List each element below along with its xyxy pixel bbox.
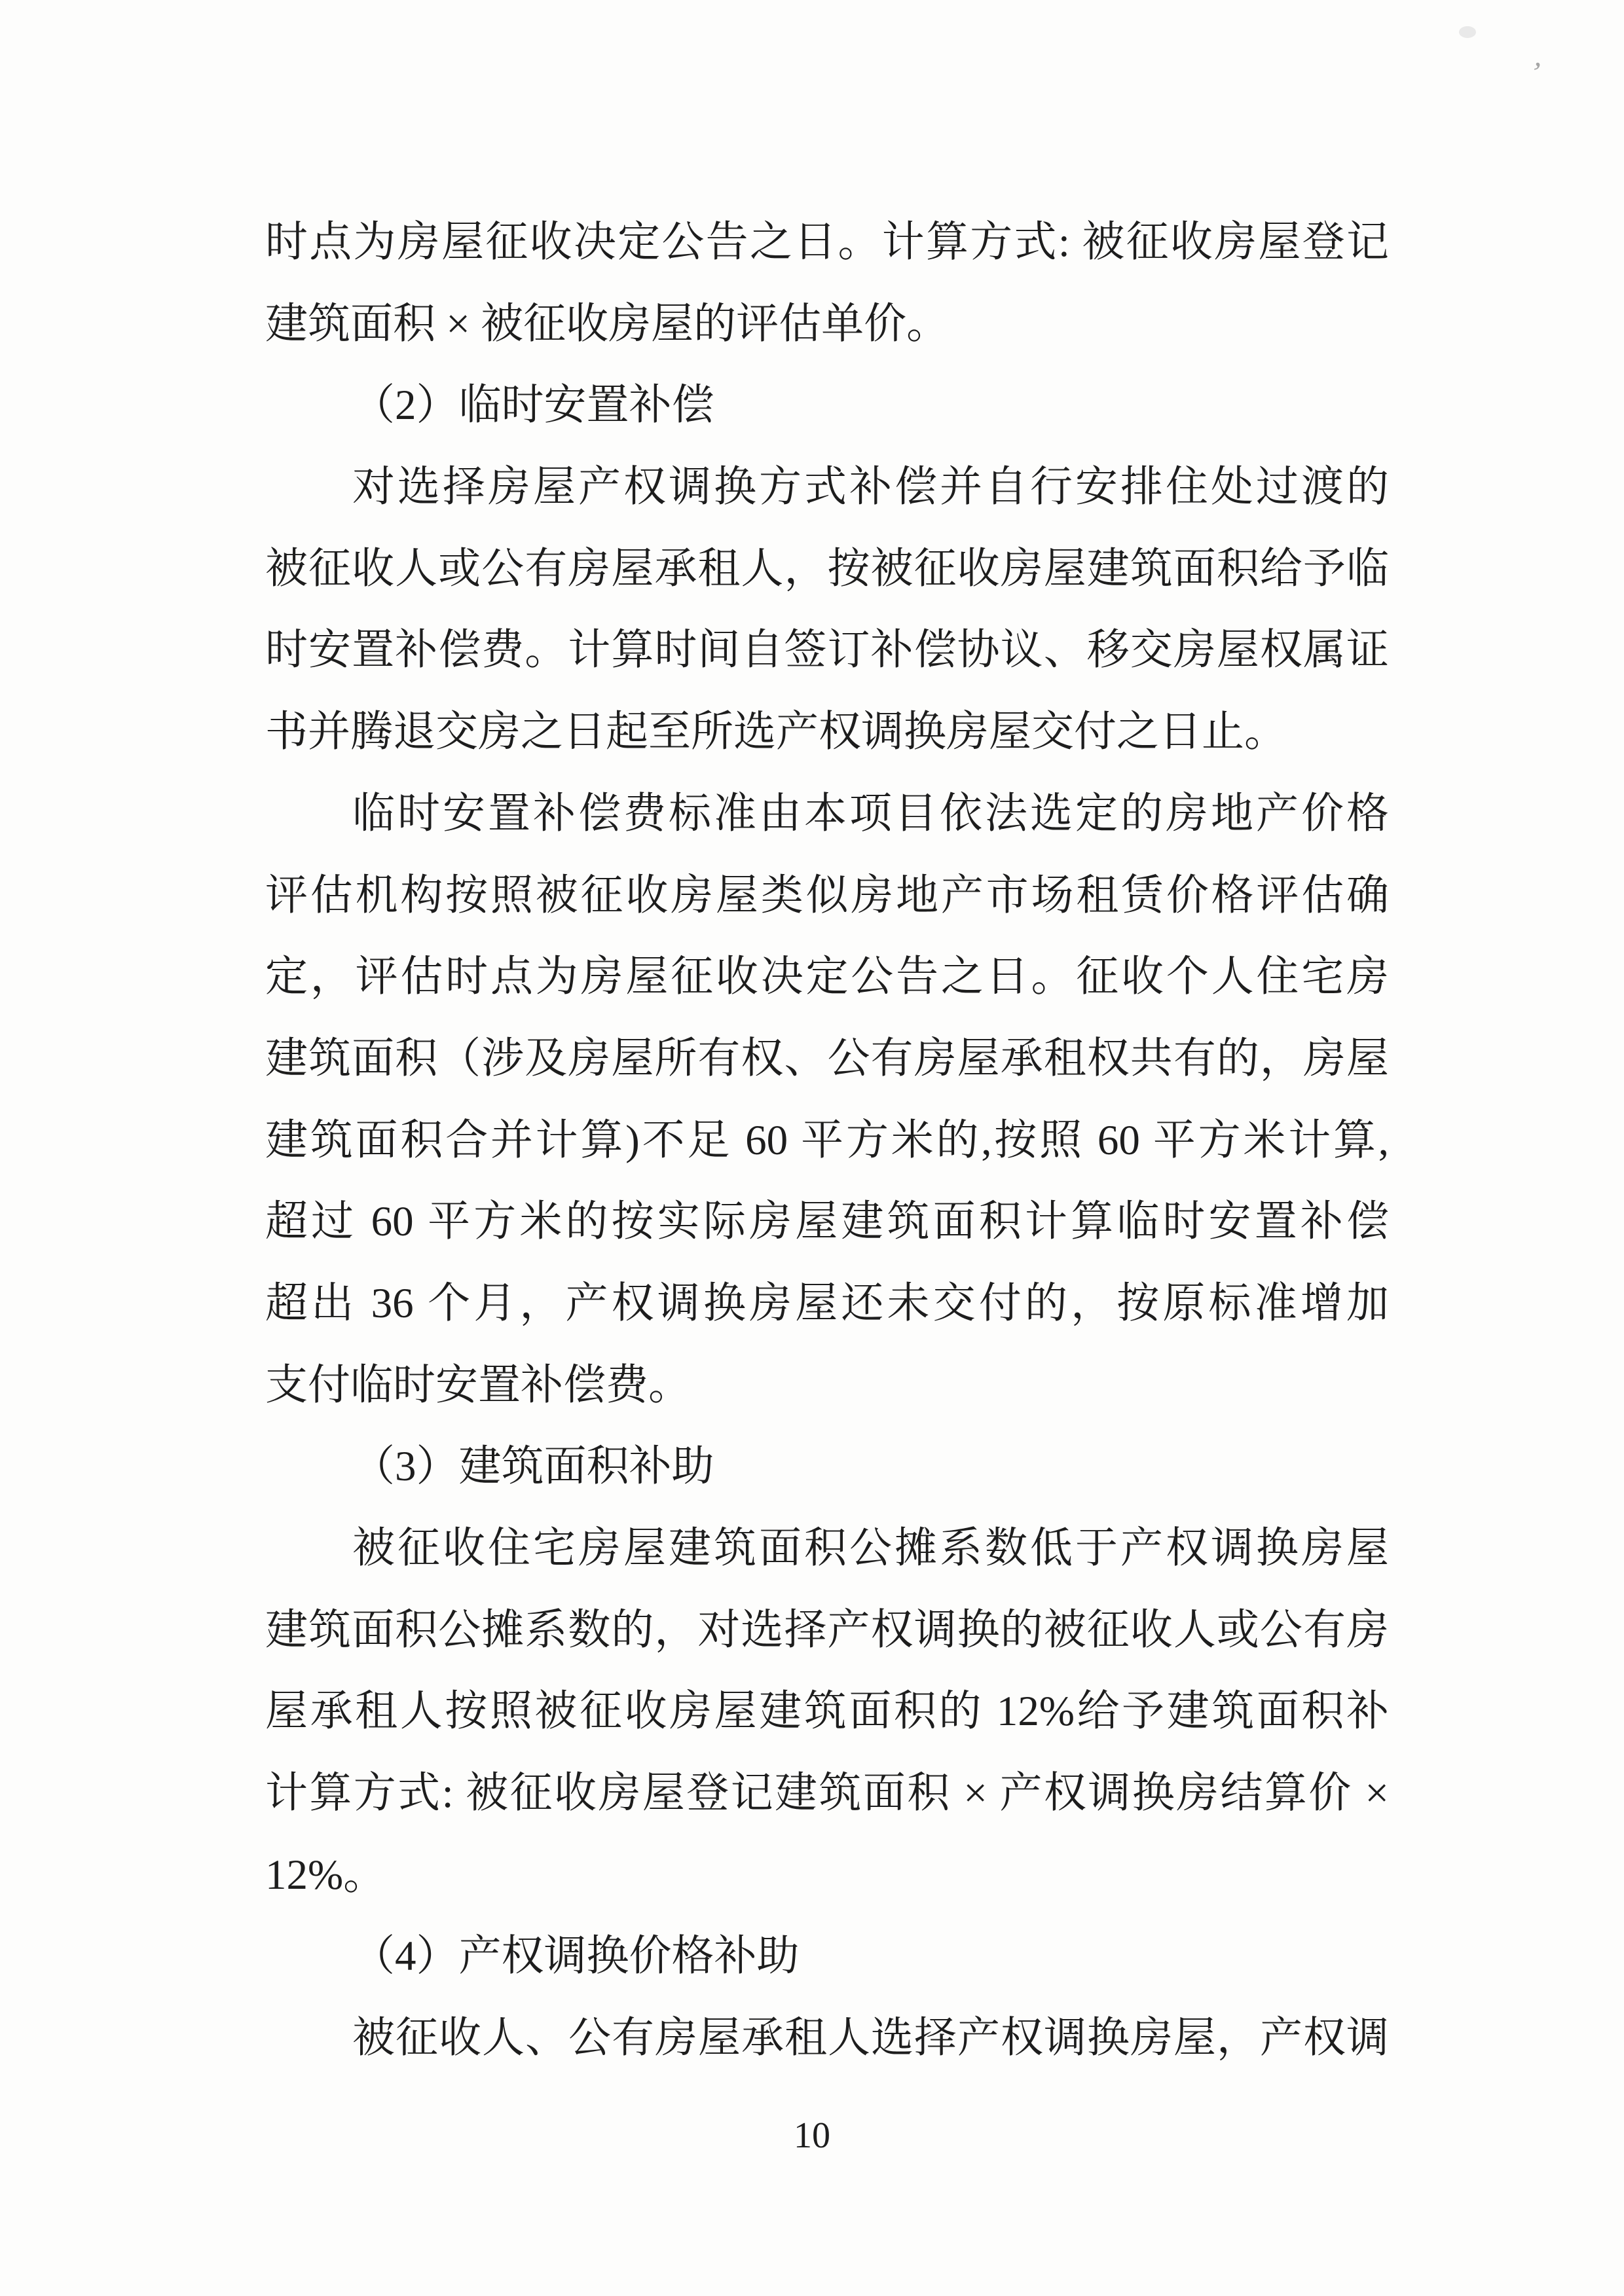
text-line: 超出 36 个月，产权调换房屋还未交付的，按原标准增加 50% [265, 1263, 1389, 1345]
text-line: 时安置补偿费。计算时间自签订补偿协议、移交房屋权属证 [265, 610, 1389, 691]
text-line: （4）产权调换价格补助 [265, 1916, 1389, 1997]
text-line: 超过 60 平方米的按实际房屋建筑面积计算临时安置补偿费。 [265, 1181, 1389, 1263]
text-line: 建筑面积合并计算)不足 60 平方米的,按照 60 平方米计算, [265, 1100, 1389, 1182]
text-line: 计算方式: 被征收房屋登记建筑面积 × 产权调换房结算价 × [265, 1753, 1389, 1834]
page-number: 10 [0, 2116, 1624, 2155]
text-line: 被征收人或公有房屋承租人，按被征收房屋建筑面积给予临 [265, 528, 1389, 610]
text-line: （3）建筑面积补助 [265, 1426, 1389, 1508]
text-line: （2）临时安置补偿 [265, 365, 1389, 446]
text-line: 支付临时安置补偿费。 [265, 1345, 1389, 1427]
text-line: 定，评估时点为房屋征收决定公告之日。征收个人住宅房屋， [265, 936, 1389, 1018]
text-line: 被征收人、公有房屋承租人选择产权调换房屋，产权调 [265, 1997, 1389, 2079]
scan-speck [1459, 26, 1476, 38]
text-line: 书并腾退交房之日起至所选产权调换房屋交付之日止。 [265, 691, 1389, 773]
text-line: 被征收住宅房屋建筑面积公摊系数低于产权调换房屋 [265, 1508, 1389, 1590]
text-line: 临时安置补偿费标准由本项目依法选定的房地产价格 [265, 773, 1389, 855]
scan-artifact-mark: ’ [1528, 57, 1544, 88]
text-line: 对选择房屋产权调换方式补偿并自行安排住处过渡的 [265, 446, 1389, 528]
text-block: 时点为房屋征收决定公告之日。计算方式: 被征收房屋登记建筑面积 × 被征收房屋的… [265, 202, 1389, 2079]
text-line: 时点为房屋征收决定公告之日。计算方式: 被征收房屋登记 [265, 202, 1389, 283]
text-line: 评估机构按照被征收房屋类似房地产市场租赁价格评估确 [265, 855, 1389, 937]
text-line: 建筑面积 × 被征收房屋的评估单价。 [265, 283, 1389, 365]
text-line: 建筑面积（涉及房屋所有权、公有房屋承租权共有的，房屋 [265, 1018, 1389, 1100]
text-line: 建筑面积公摊系数的，对选择产权调换的被征收人或公有房 [265, 1590, 1389, 1671]
text-line: 屋承租人按照被征收房屋建筑面积的 12%给予建筑面积补助。 [265, 1671, 1389, 1753]
document-page: ’ 时点为房屋征收决定公告之日。计算方式: 被征收房屋登记建筑面积 × 被征收房… [0, 0, 1624, 2296]
text-line: 12%。 [265, 1834, 1389, 1916]
